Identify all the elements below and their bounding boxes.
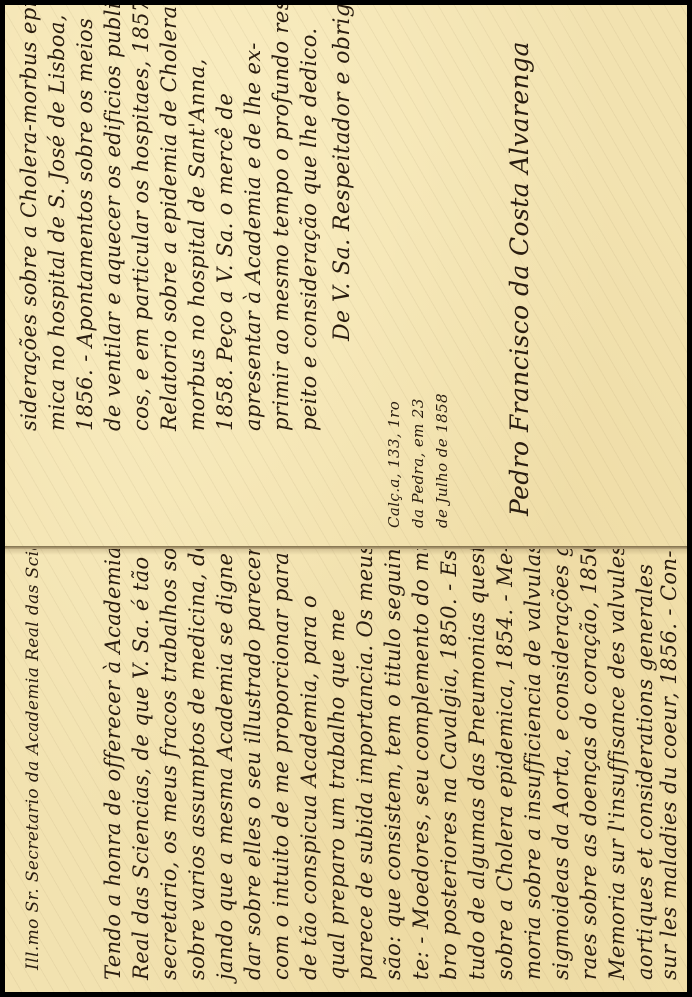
place-date-line: da Pedra, em 23 [409, 398, 427, 528]
text-line: te: - Moedores, seu complemento do mu- [409, 549, 433, 980]
text-line: sur les maladies du coeur, 1856. - Con- [657, 550, 681, 980]
text-line: de ventilar e aquecer os edificios publi… [101, 5, 125, 431]
text-line: qual preparo um trabalho que me [325, 608, 349, 980]
text-line: cos, e em particular os hospitaes, 1857.… [129, 5, 153, 431]
text-line: peito e consideração que lhe dedico. [297, 28, 321, 431]
text-line: jando que a mesma Academia se digne [213, 553, 237, 980]
text-line: tudo de algumas das Pneumonias questões [465, 549, 489, 980]
text-line: parece de subida importancia. Os meus [353, 549, 377, 980]
letter-page-opening: Ill.mo Sr. Secretario da Academia Real d… [5, 549, 687, 992]
text-line: são: que consistem, tem o titulo seguin- [381, 549, 405, 980]
text-line: 1856. - Apontamentos sobre os meios [73, 18, 97, 431]
text-line: sigmoideas da Aorta, e considerações ge- [549, 549, 573, 980]
document-frame: siderações sobre a Cholera-morbus epide-… [5, 5, 687, 992]
text-line: dar sobre elles o seu illustrado parecer… [241, 549, 265, 980]
letter-page-continuation: siderações sobre a Cholera-morbus epide-… [5, 5, 687, 546]
text-line: Relatorio sobre a epidemia de Cholera- [157, 5, 181, 431]
text-line: sobre a Cholera epidemica, 1854. - Me- [493, 549, 517, 980]
text-line: Tendo a honra de offerecer à Academia [101, 549, 125, 980]
text-line: bro posteriores na Cavalgia, 1850. - Es- [437, 549, 461, 980]
text-line: Real das Sciencias, de que V. Sa. é tão … [129, 549, 153, 980]
text-line: moria sobre a insufficiencia de valvulas [521, 549, 545, 980]
text-line: de tão conspicua Academia, para o [297, 595, 321, 980]
text-line: raes sobre as doenças do coração, 1856. … [577, 549, 601, 980]
text-line: secretario, os meus fracos trabalhos sob… [157, 549, 181, 980]
place-date-line: Calç.a, 133, 1ro [385, 401, 403, 528]
text-line: primir ao mesmo tempo o profundo res- [269, 5, 293, 431]
rotated-text-block: siderações sobre a Cholera-morbus epide-… [5, 5, 687, 546]
text-line: mica no hospital de S. José de Lisboa, [45, 14, 69, 431]
text-line: siderações sobre a Cholera-morbus epide- [17, 5, 41, 431]
rotated-text-block: Ill.mo Sr. Secretario da Academia Real d… [5, 549, 687, 992]
place-date-line: de Julho de 1858 [433, 393, 451, 528]
text-line: com o intuito de me proporcionar para [269, 552, 293, 980]
text-line: 1858. Peço a V. Sa. o mercê de [213, 93, 237, 431]
closing-salutation: De V. Sa. Respeitador e obrig.do [330, 5, 355, 341]
letter-heading: Ill.mo Sr. Secretario da Academia Real d… [23, 549, 43, 970]
text-line: apresentar à Academia e de lhe ex- [241, 42, 265, 431]
text-line: morbus no hospital de Sant'Anna, [185, 58, 209, 431]
signature: Pedro Francisco da Costa Alvarenga [505, 41, 534, 516]
text-line: sobre varios assumptos de medicina, des- [185, 549, 209, 980]
text-line: aortiques et considerations generales [633, 564, 657, 980]
text-line: Memoria sur l'insuffisance des valvules [605, 549, 629, 980]
